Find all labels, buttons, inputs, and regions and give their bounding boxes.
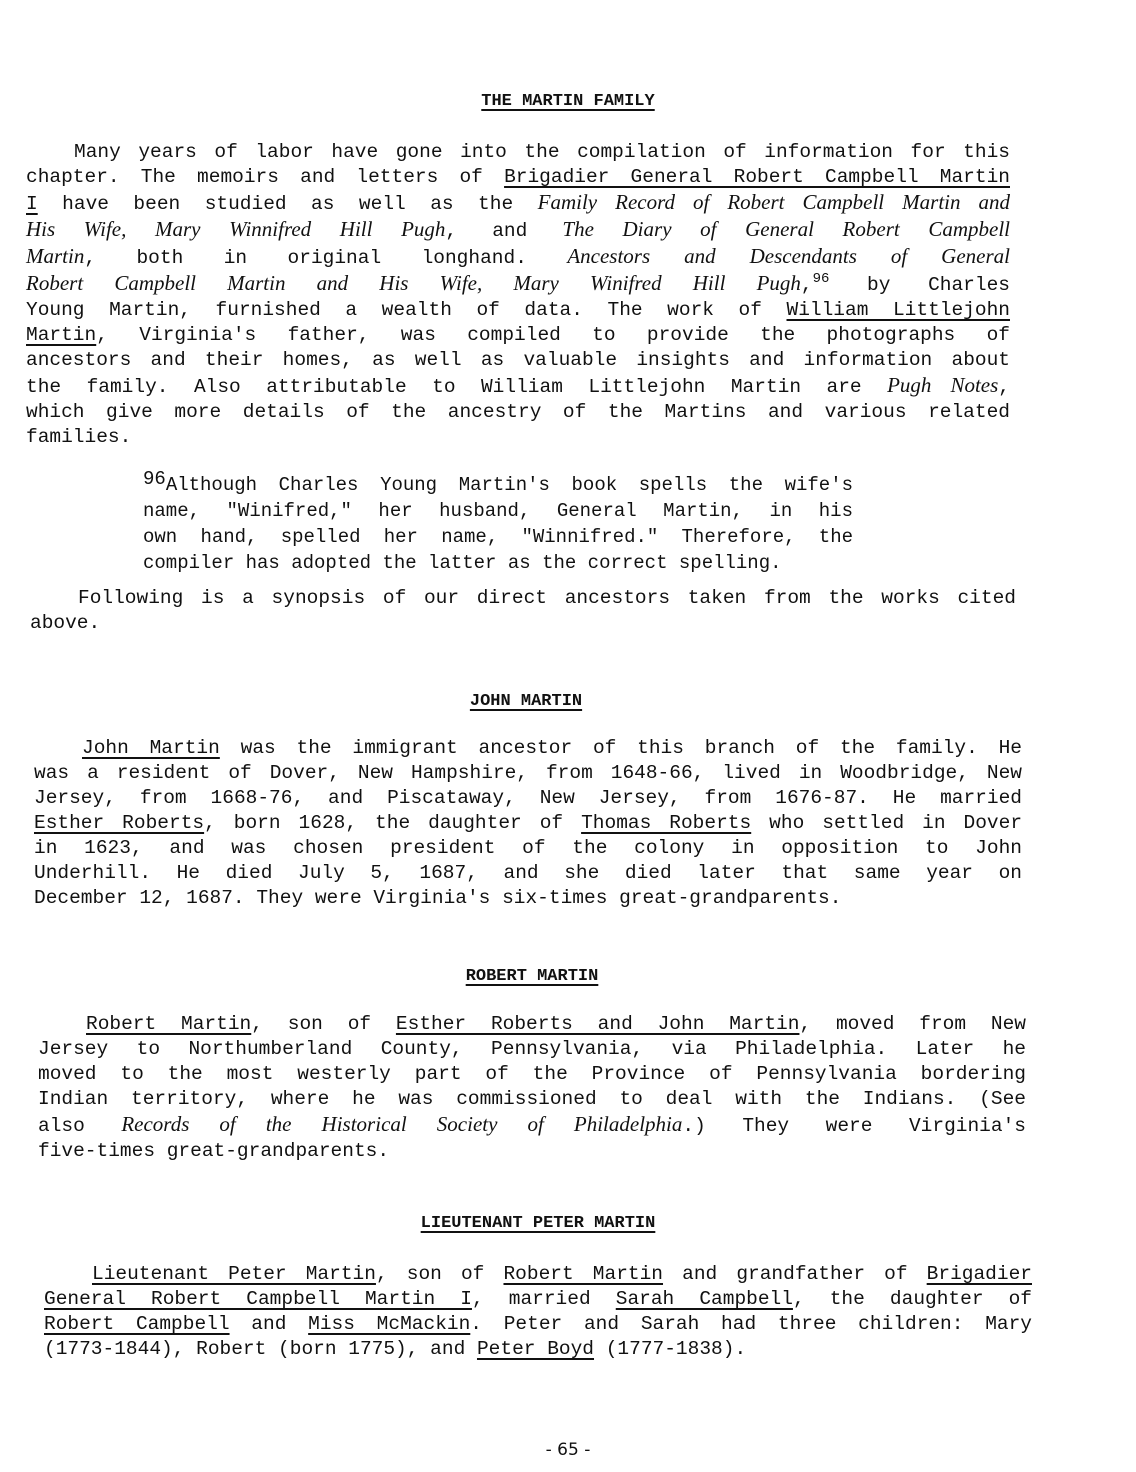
section-lieutenant-peter-martin-paragraph: Lieutenant Peter Martin, son of Robert M… (44, 1262, 1032, 1362)
text-line: Esther Roberts, born 1628, the daughter … (34, 811, 1022, 836)
underlined-name: Sarah Campbell (616, 1288, 793, 1310)
underlined-name: General Robert Campbell Martin I (44, 1288, 472, 1310)
italic-title: Family Record of Robert Campbell Martin … (538, 190, 1010, 214)
italic-title: Martin (26, 244, 84, 268)
text-line: ancestors and their homes, as well as va… (26, 348, 1010, 373)
italic-title: Records of the Historical Society of Phi… (121, 1112, 682, 1136)
text-line: Martin, both in original longhand. Ances… (26, 244, 1010, 271)
section-heading-lieutenant-peter-martin: LIEUTENANT PETER MARTIN (0, 1214, 1106, 1233)
text-line: also Records of the Historical Society o… (38, 1112, 1026, 1139)
text-line: Indian territory, where he was commissio… (38, 1087, 1026, 1112)
text-line: Following is a synopsis of our direct an… (30, 586, 1016, 611)
text-line: (1773-1844), Robert (born 1775), and Pet… (44, 1337, 1032, 1362)
underlined-name: Peter Boyd (477, 1338, 594, 1360)
italic-title: His Wife, Mary Winnifred Hill Pugh (26, 217, 445, 241)
section-heading-john-martin: JOHN MARTIN (0, 692, 1094, 711)
underlined-name: I (26, 193, 38, 215)
text-line: Young Martin, furnished a wealth of data… (26, 298, 1010, 323)
footnote-marker: 96 (813, 271, 830, 287)
footnote-line: own hand, spelled her name, "Winnifred."… (143, 524, 853, 550)
text-line: Robert Campbell Martin and His Wife, Mar… (26, 271, 1010, 298)
underlined-name: Robert Martin (503, 1263, 663, 1285)
underlined-name: Miss McMackin (308, 1313, 470, 1335)
text-line: chapter. The memoirs and letters of Brig… (26, 165, 1010, 190)
text-line: Martin, Virginia's father, was compiled … (26, 323, 1010, 348)
text-line: the family. Also attributable to William… (26, 373, 1010, 400)
text-line: John Martin was the immigrant ancestor o… (34, 736, 1022, 761)
section-john-martin-paragraph: John Martin was the immigrant ancestor o… (34, 736, 1022, 911)
document-page: THE MARTIN FAMILY Many years of labor ha… (0, 0, 1136, 1472)
underlined-name: Brigadier General Robert Campbell Martin (504, 166, 1010, 188)
heading-text: LIEUTENANT PETER MARTIN (421, 1214, 656, 1233)
text-line: Underhill. He died July 5, 1687, and she… (34, 861, 1022, 886)
footnote-number: 96 (143, 468, 166, 490)
underlined-name: Robert Campbell (44, 1313, 230, 1335)
text-line: I have been studied as well as the Famil… (26, 190, 1010, 217)
footnote-line: 96Although Charles Young Martin's book s… (143, 466, 853, 498)
heading-text: ROBERT MARTIN (466, 967, 599, 986)
underlined-name: Thomas Roberts (581, 812, 751, 834)
underlined-name: Esther Roberts (34, 812, 204, 834)
chapter-title-text: THE MARTIN FAMILY (481, 92, 654, 111)
heading-text: JOHN MARTIN (470, 692, 582, 711)
synopsis-paragraph: Following is a synopsis of our direct an… (30, 586, 1016, 636)
text-line: December 12, 1687. They were Virginia's … (34, 886, 1022, 911)
text-line: Robert Campbell and Miss McMackin. Peter… (44, 1312, 1032, 1337)
section-robert-martin-paragraph: Robert Martin, son of Esther Roberts and… (38, 1012, 1026, 1164)
underlined-name: John Martin (82, 737, 220, 759)
text-line: Many years of labor have gone into the c… (26, 140, 1010, 165)
text-line: Jersey, from 1668-76, and Piscataway, Ne… (34, 786, 1022, 811)
footnote-96: 96Although Charles Young Martin's book s… (143, 466, 853, 576)
text-line: Jersey to Northumberland County, Pennsyl… (38, 1037, 1026, 1062)
underlined-name: Esther Roberts and John Martin (396, 1013, 800, 1035)
text-line: Robert Martin, son of Esther Roberts and… (38, 1012, 1026, 1037)
footnote-line: name, "Winifred," her husband, General M… (143, 498, 853, 524)
text-line: His Wife, Mary Winnifred Hill Pugh, and … (26, 217, 1010, 244)
text-line: Lieutenant Peter Martin, son of Robert M… (44, 1262, 1032, 1287)
italic-title: Robert Campbell Martin and His Wife, Mar… (26, 271, 801, 295)
footnote-line: compiler has adopted the latter as the c… (143, 550, 853, 576)
text-line: five-times great-grandparents. (38, 1139, 1026, 1164)
text-line: families. (26, 425, 1010, 450)
text-line: moved to the most westerly part of the P… (38, 1062, 1026, 1087)
italic-title: Pugh Notes (887, 373, 998, 397)
underlined-name: Martin (26, 324, 96, 346)
underlined-name: William Littlejohn (787, 299, 1011, 321)
text-line: above. (30, 611, 1016, 636)
underlined-name: Brigadier (927, 1263, 1032, 1285)
section-heading-robert-martin: ROBERT MARTIN (0, 967, 1100, 986)
text-line: was a resident of Dover, New Hampshire, … (34, 761, 1022, 786)
italic-title: Ancestors and Descendants of General (567, 244, 1010, 268)
text-line: General Robert Campbell Martin I, marrie… (44, 1287, 1032, 1312)
text-line: which give more details of the ancestry … (26, 400, 1010, 425)
intro-paragraph: Many years of labor have gone into the c… (26, 140, 1010, 450)
chapter-title: THE MARTIN FAMILY (0, 92, 1136, 111)
underlined-name: Lieutenant Peter Martin (92, 1263, 376, 1285)
text-line: in 1623, and was chosen president of the… (34, 836, 1022, 861)
page-number: - 65 - (0, 1440, 1136, 1460)
underlined-name: Robert Martin (86, 1013, 251, 1035)
italic-title: The Diary of General Robert Campbell (562, 217, 1010, 241)
